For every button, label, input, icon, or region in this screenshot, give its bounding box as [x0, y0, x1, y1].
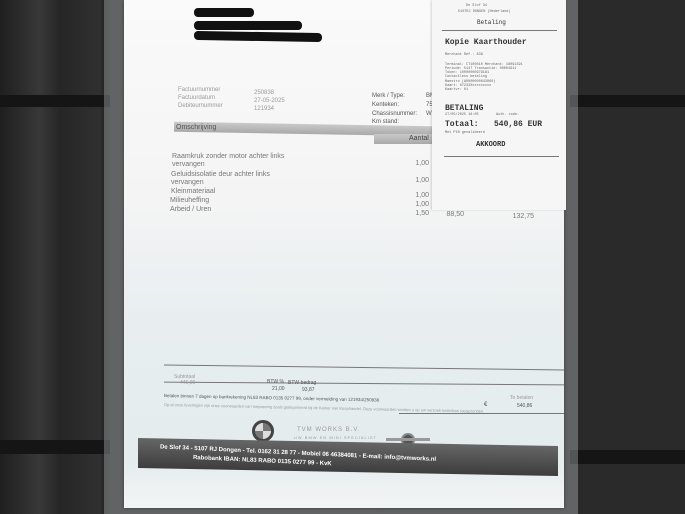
line-item-qty: 1,00	[389, 160, 429, 167]
payment-datetime: 27/05/2025 16:05	[445, 113, 479, 117]
receipt-address: De Slof 34	[466, 4, 487, 8]
redacted-line	[194, 8, 254, 17]
redacted-line	[194, 21, 302, 30]
line-item-description: Milieuheffing	[170, 197, 209, 205]
total-label: Totaal:	[445, 120, 479, 129]
totals-divider	[164, 365, 564, 371]
mini-logo-wings	[386, 438, 430, 441]
company-name: TVM WORKS B.V.	[297, 426, 360, 434]
line-item-qty: 1,00	[389, 177, 429, 184]
receipt-divider	[442, 30, 557, 31]
line-item-description: Geluidsisolatie deur achter links vervan…	[171, 171, 301, 187]
receipt-detail: Kaartvr: 01	[445, 88, 468, 92]
mat-ridge	[570, 95, 685, 107]
receipt-city: 5107RJ DONGEN (Nederland)	[458, 10, 511, 14]
line-item-qty: 1,00	[389, 201, 429, 208]
pin-note: Met PIN gevalideerd	[445, 131, 485, 135]
vehicle-label: Kenteken:	[372, 101, 399, 109]
vat-amount-value: 93,87	[302, 386, 315, 394]
vehicle-label: Chassisnummer:	[372, 110, 417, 118]
receipt-divider	[444, 156, 559, 157]
line-item-description: Arbeid / Uren	[170, 206, 211, 214]
debtor-number: 121934	[254, 105, 274, 113]
line-item-total: 132,75	[494, 213, 534, 220]
line-item-description: Raamkruk zonder motor achter links verva…	[172, 153, 302, 169]
terms-note: Op al onze leveringen zijn onze voorwaar…	[164, 402, 534, 415]
total-value: 540,86 EUR	[494, 120, 542, 129]
approval-status: AKKOORD	[476, 141, 505, 149]
copy-label: Kopie Kaarthouder	[445, 38, 527, 47]
mat-ridge	[0, 440, 110, 454]
subtotal-value: 446,99	[180, 379, 195, 387]
meta-label: Factuurnummer	[178, 86, 220, 94]
bmw-logo	[252, 420, 274, 442]
receipt-title: Betaling	[477, 19, 506, 26]
vehicle-label: Merk / Type:	[372, 92, 405, 100]
description-header: Omschrijving	[176, 124, 216, 132]
line-item-qty: 1,50	[389, 210, 429, 217]
payment-receipt: De Slof 34 5107RJ DONGEN (Nederland) Bet…	[432, 0, 566, 210]
line-item-description: Kleinmateriaal	[171, 188, 215, 196]
merchant-ref: Merchant Ref.: 838	[445, 53, 483, 57]
payment-label: BETALING	[445, 104, 483, 113]
qty-header: Aantal	[409, 135, 429, 143]
receipt-detail: Contactless betaling	[445, 75, 487, 79]
meta-label: Debiteurnummer	[178, 102, 223, 110]
mat-ridge	[0, 95, 110, 107]
mat-ridge	[570, 450, 685, 464]
totals-divider	[164, 382, 564, 386]
line-item-qty: 1,00	[389, 192, 429, 199]
amount-due-label: Te betalen	[510, 394, 533, 402]
line-item-price: 88,50	[424, 211, 464, 218]
invoice-date: 27-05-2025	[254, 97, 285, 105]
meta-label: Factuurdatum	[178, 94, 215, 102]
invoice-number: 250838	[254, 89, 274, 97]
auth-code: Auth. code:	[496, 113, 519, 117]
vat-pct-value: 21,00	[272, 385, 285, 393]
redacted-line	[194, 31, 322, 42]
